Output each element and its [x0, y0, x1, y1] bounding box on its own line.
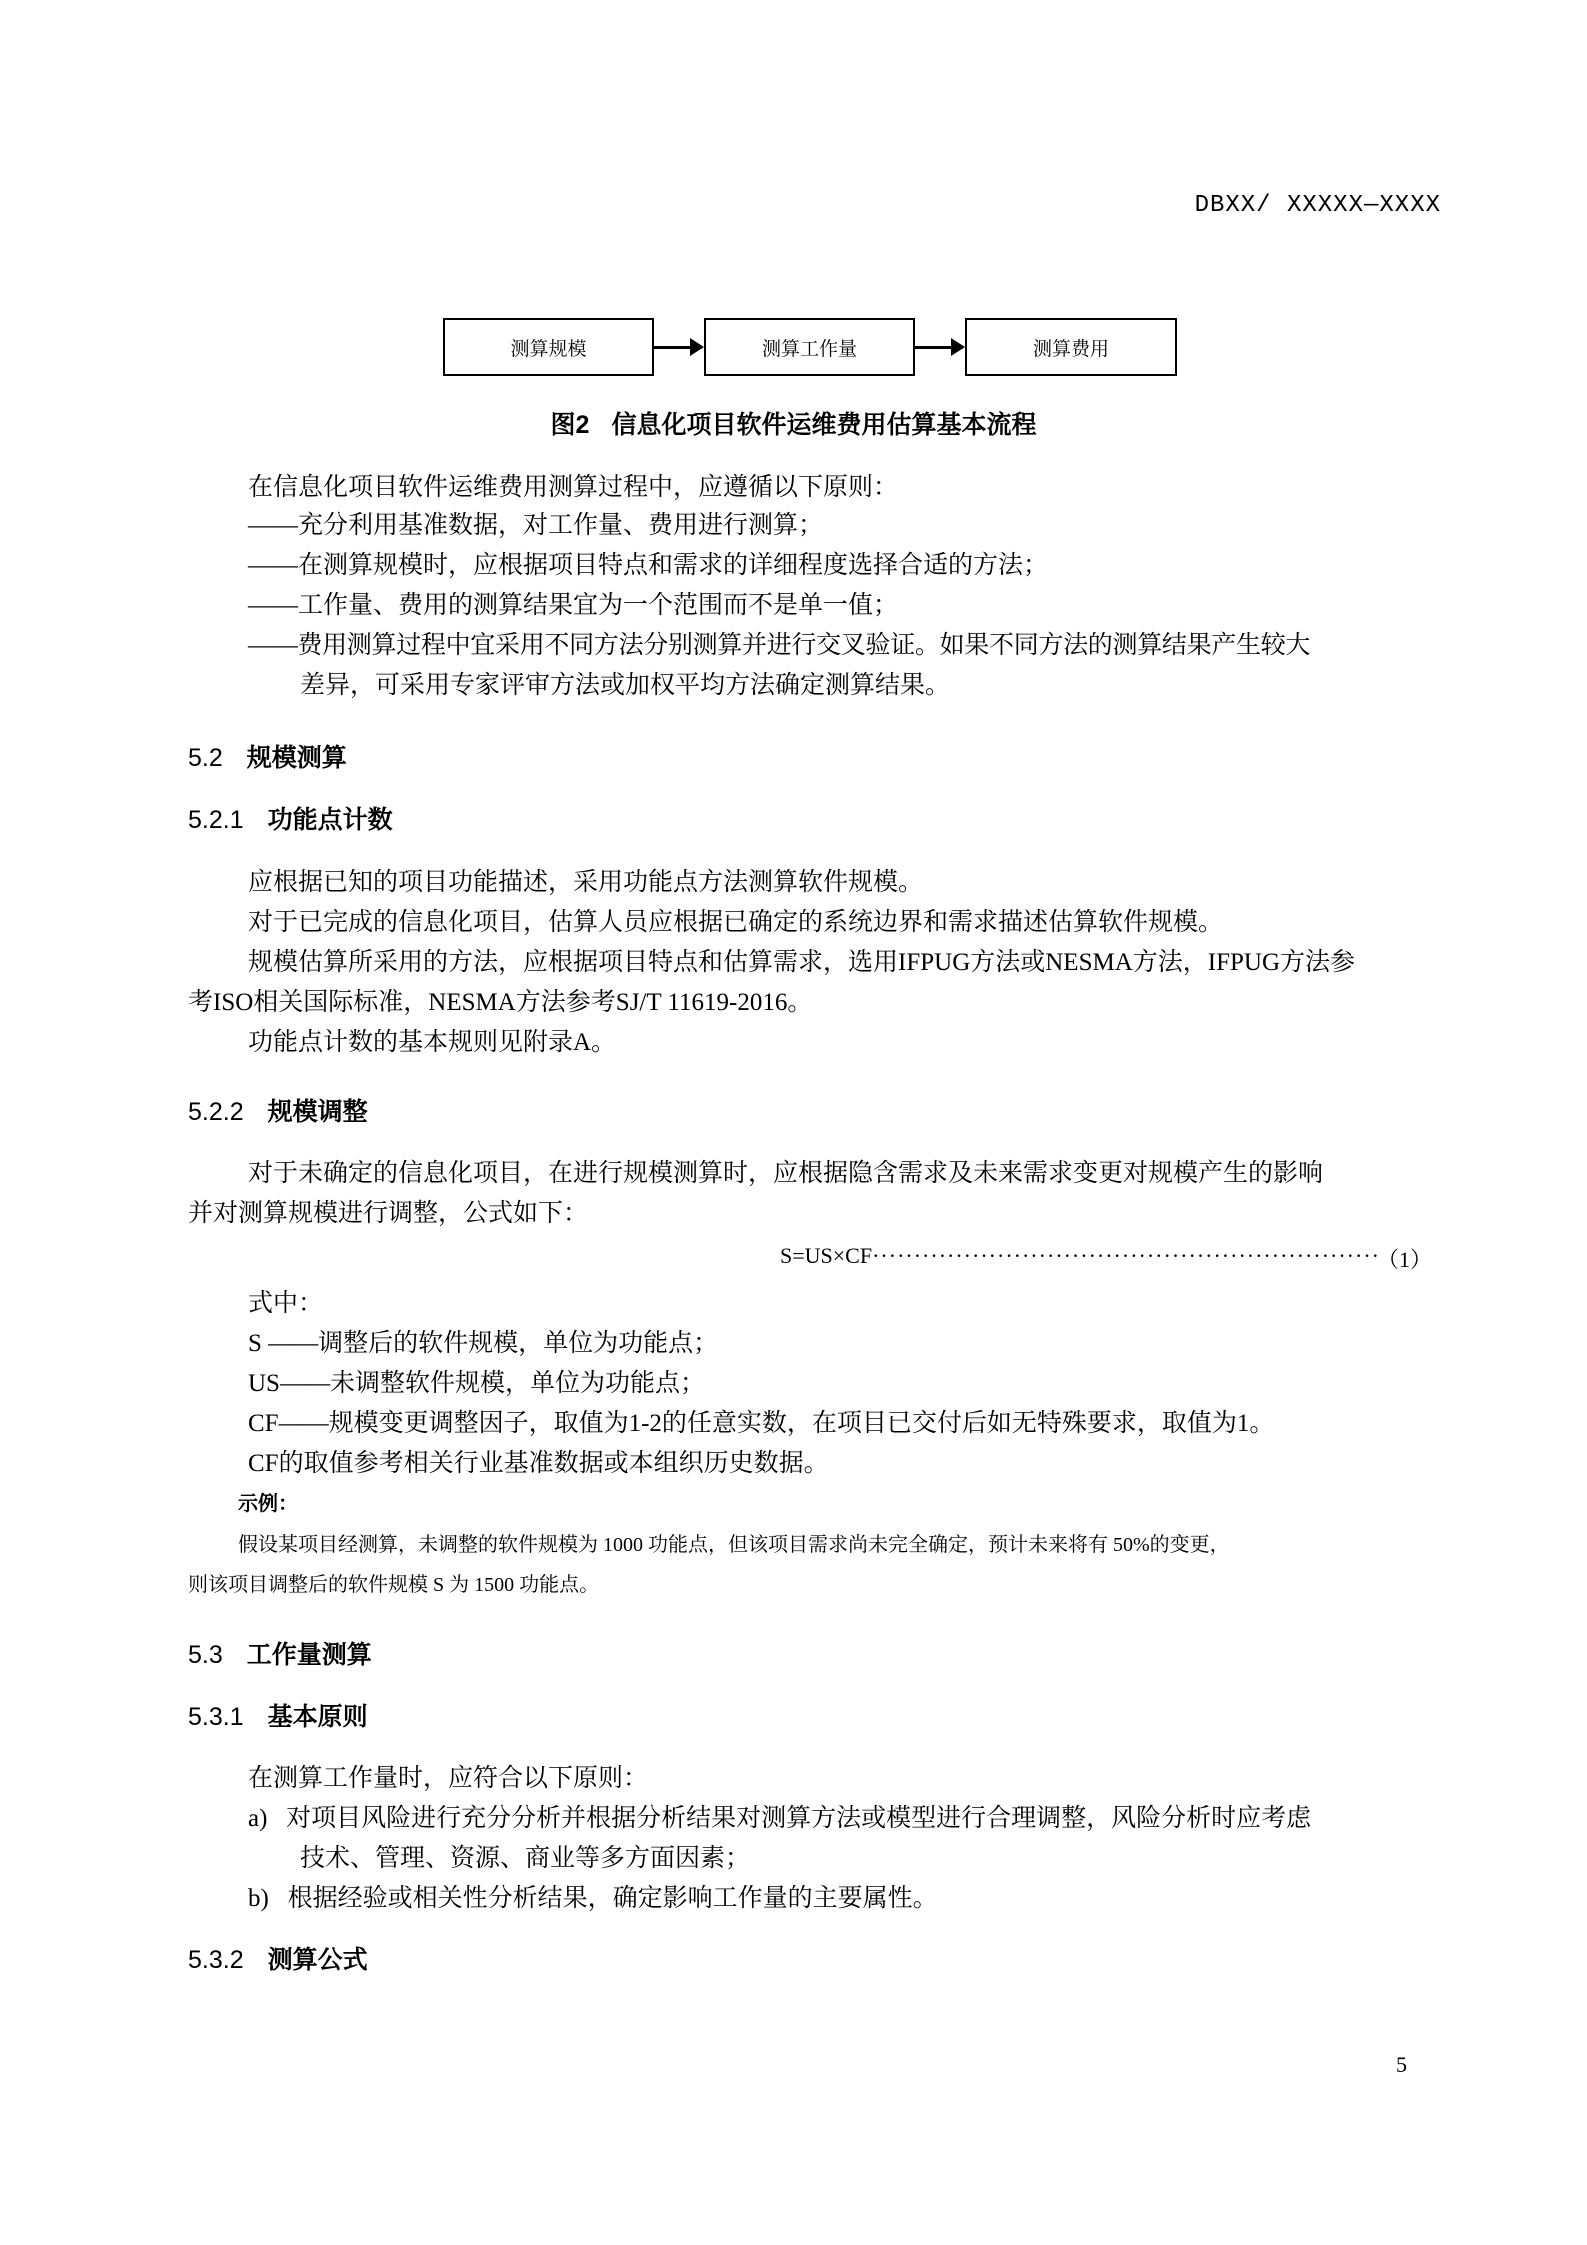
leader-dots: ········································…	[872, 1243, 1377, 1274]
arrow-right-icon	[654, 346, 702, 349]
intro-item: ——充分利用基准数据，对工作量、费用进行测算；	[248, 505, 823, 541]
formula-number: （1）	[1377, 1243, 1432, 1274]
flow-box-scale: 测算规模	[443, 318, 654, 376]
paragraph: 对于未确定的信息化项目，在进行规模测算时，应根据隐含需求及未来需求变更对规模产生…	[248, 1153, 1323, 1189]
flow-diagram: 测算规模 测算工作量 测算费用	[443, 318, 1177, 380]
figure-caption: 图2信息化项目软件运维费用估算基本流程	[0, 405, 1587, 441]
paragraph: 对于已完成的信息化项目，估算人员应根据已确定的系统边界和需求描述估算软件规模。	[248, 902, 1223, 938]
figure-title: 信息化项目软件运维费用估算基本流程	[611, 411, 1036, 439]
list-item-b: b) 根据经验或相关性分析结果，确定影响工作量的主要属性。	[248, 1878, 938, 1914]
intro-item: ——费用测算过程中宜采用不同方法分别测算并进行交叉验证。如果不同方法的测算结果产…	[248, 625, 1310, 661]
intro-item: ——工作量、费用的测算结果宜为一个范围而不是单一值；	[248, 585, 898, 621]
example-text: 假设某项目经测算，未调整的软件规模为 1000 功能点，但该项目需求尚未完全确定…	[238, 1528, 1230, 1557]
paragraph: 在测算工作量时，应符合以下原则：	[248, 1758, 648, 1794]
document-page: DBXX/ XXXXX—XXXX 测算规模 测算工作量 测算费用 图2信息化项目…	[0, 0, 1587, 2245]
list-item-a-continuation: 技术、管理、资源、商业等多方面因素；	[300, 1838, 750, 1874]
list-item-a: a) 对项目风险进行充分分析并根据分析结果对测算方法或模型进行合理调整，风险分析…	[248, 1798, 1311, 1834]
variable-definition: CF的取值参考相关行业基准数据或本组织历史数据。	[248, 1443, 829, 1479]
paragraph: 功能点计数的基本规则见附录A。	[248, 1022, 616, 1058]
paragraph: 应根据已知的项目功能描述，采用功能点方法测算软件规模。	[248, 862, 923, 898]
document-code: DBXX/ XXXXX—XXXX	[1195, 192, 1441, 219]
variable-definition: US——未调整软件规模，单位为功能点；	[248, 1363, 705, 1399]
formula-1: S=US×CF ································…	[780, 1243, 1432, 1274]
arrow-right-icon	[915, 346, 963, 349]
example-label: 示例：	[238, 1487, 298, 1516]
section-heading-5-3: 5.3工作量测算	[188, 1635, 372, 1671]
paragraph: 考ISO相关国际标准，NESMA方法参考SJ/T 11619-2016。	[188, 982, 812, 1018]
formula-expression: S=US×CF	[780, 1243, 872, 1274]
page-number: 5	[1396, 2052, 1407, 2078]
flow-box-workload: 测算工作量	[704, 318, 915, 376]
section-heading-5-2: 5.2规模测算	[188, 738, 347, 774]
section-heading-5-3-1: 5.3.1基本原则	[188, 1697, 368, 1733]
section-heading-5-2-2: 5.2.2规模调整	[188, 1092, 368, 1128]
section-heading-5-3-2: 5.3.2测算公式	[188, 1940, 368, 1976]
where-label: 式中：	[248, 1283, 323, 1319]
variable-definition: CF——规模变更调整因子，取值为1-2的任意实数，在项目已交付后如无特殊要求，取…	[248, 1403, 1274, 1439]
intro-continuation: 差异，可采用专家评审方法或加权平均方法确定测算结果。	[300, 665, 950, 701]
variable-definition: S ——调整后的软件规模，单位为功能点；	[248, 1323, 718, 1359]
flow-box-cost: 测算费用	[965, 318, 1177, 376]
paragraph: 规模估算所采用的方法，应根据项目特点和估算需求，选用IFPUG方法或NESMA方…	[248, 942, 1355, 978]
paragraph: 并对测算规模进行调整，公式如下：	[188, 1193, 588, 1229]
section-heading-5-2-1: 5.2.1功能点计数	[188, 800, 393, 836]
example-text: 则该项目调整后的软件规模 S 为 1500 功能点。	[188, 1568, 599, 1597]
intro-lead: 在信息化项目软件运维费用测算过程中，应遵循以下原则：	[248, 467, 898, 503]
figure-number: 图2	[551, 411, 590, 439]
intro-item: ——在测算规模时，应根据项目特点和需求的详细程度选择合适的方法；	[248, 545, 1048, 581]
